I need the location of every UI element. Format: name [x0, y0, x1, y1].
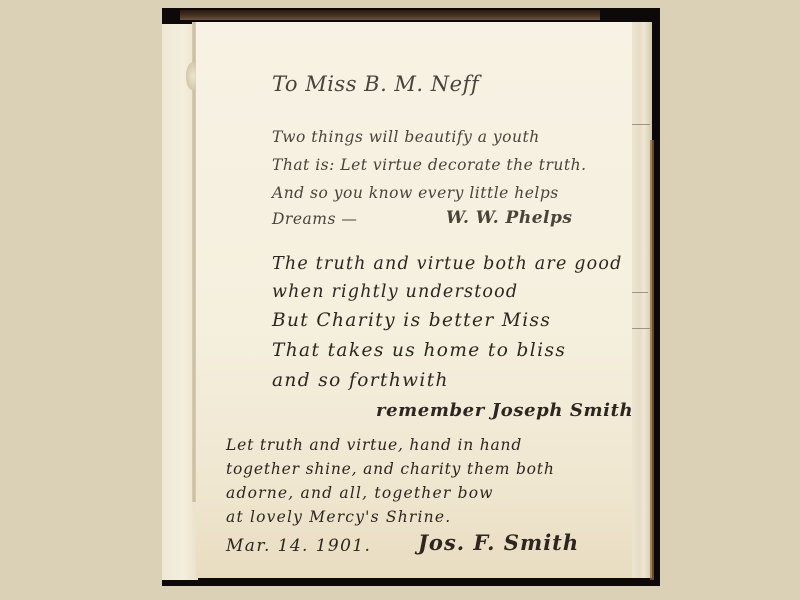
entry-line: when rightly understood — [272, 282, 518, 302]
entry-line: together shine, and charity them both — [226, 460, 555, 478]
book-cover-top-edge — [180, 10, 600, 20]
signature-joseph-smith: remember Joseph Smith — [376, 400, 633, 421]
entry-line: Two things will beautify a youth — [272, 128, 540, 146]
entry-date: Mar. 14. 1901. — [226, 536, 371, 556]
entry-line: That is: Let virtue decorate the truth. — [272, 156, 587, 174]
entry-line: But Charity is better Miss — [272, 310, 551, 331]
page-edge-mark — [632, 124, 650, 125]
page-edge-mark — [632, 328, 650, 329]
page-stack-edge — [632, 22, 652, 578]
entry-line: That takes us home to bliss — [272, 340, 566, 361]
signature-jos-f-smith: Jos. F. Smith — [418, 530, 579, 555]
entry-line: The truth and virtue both are good — [272, 254, 623, 274]
entry-closing: Dreams — — [272, 210, 357, 228]
document-viewer: To Miss B. M. Neff Two things will beaut… — [0, 0, 800, 600]
entry-line: Let truth and virtue, hand in hand — [226, 436, 522, 454]
entry-line: And so you know every little helps — [272, 184, 559, 202]
entry-line: at lovely Mercy's Shrine. — [226, 508, 451, 526]
cover-edge-stain — [650, 140, 654, 580]
dedication-line: To Miss B. M. Neff — [272, 72, 479, 96]
entry-line: and so forthwith — [272, 370, 449, 391]
entry-line: adorne, and all, together bow — [226, 484, 494, 502]
page-edge-mark — [632, 292, 648, 293]
signature-phelps: W. W. Phelps — [446, 208, 572, 228]
